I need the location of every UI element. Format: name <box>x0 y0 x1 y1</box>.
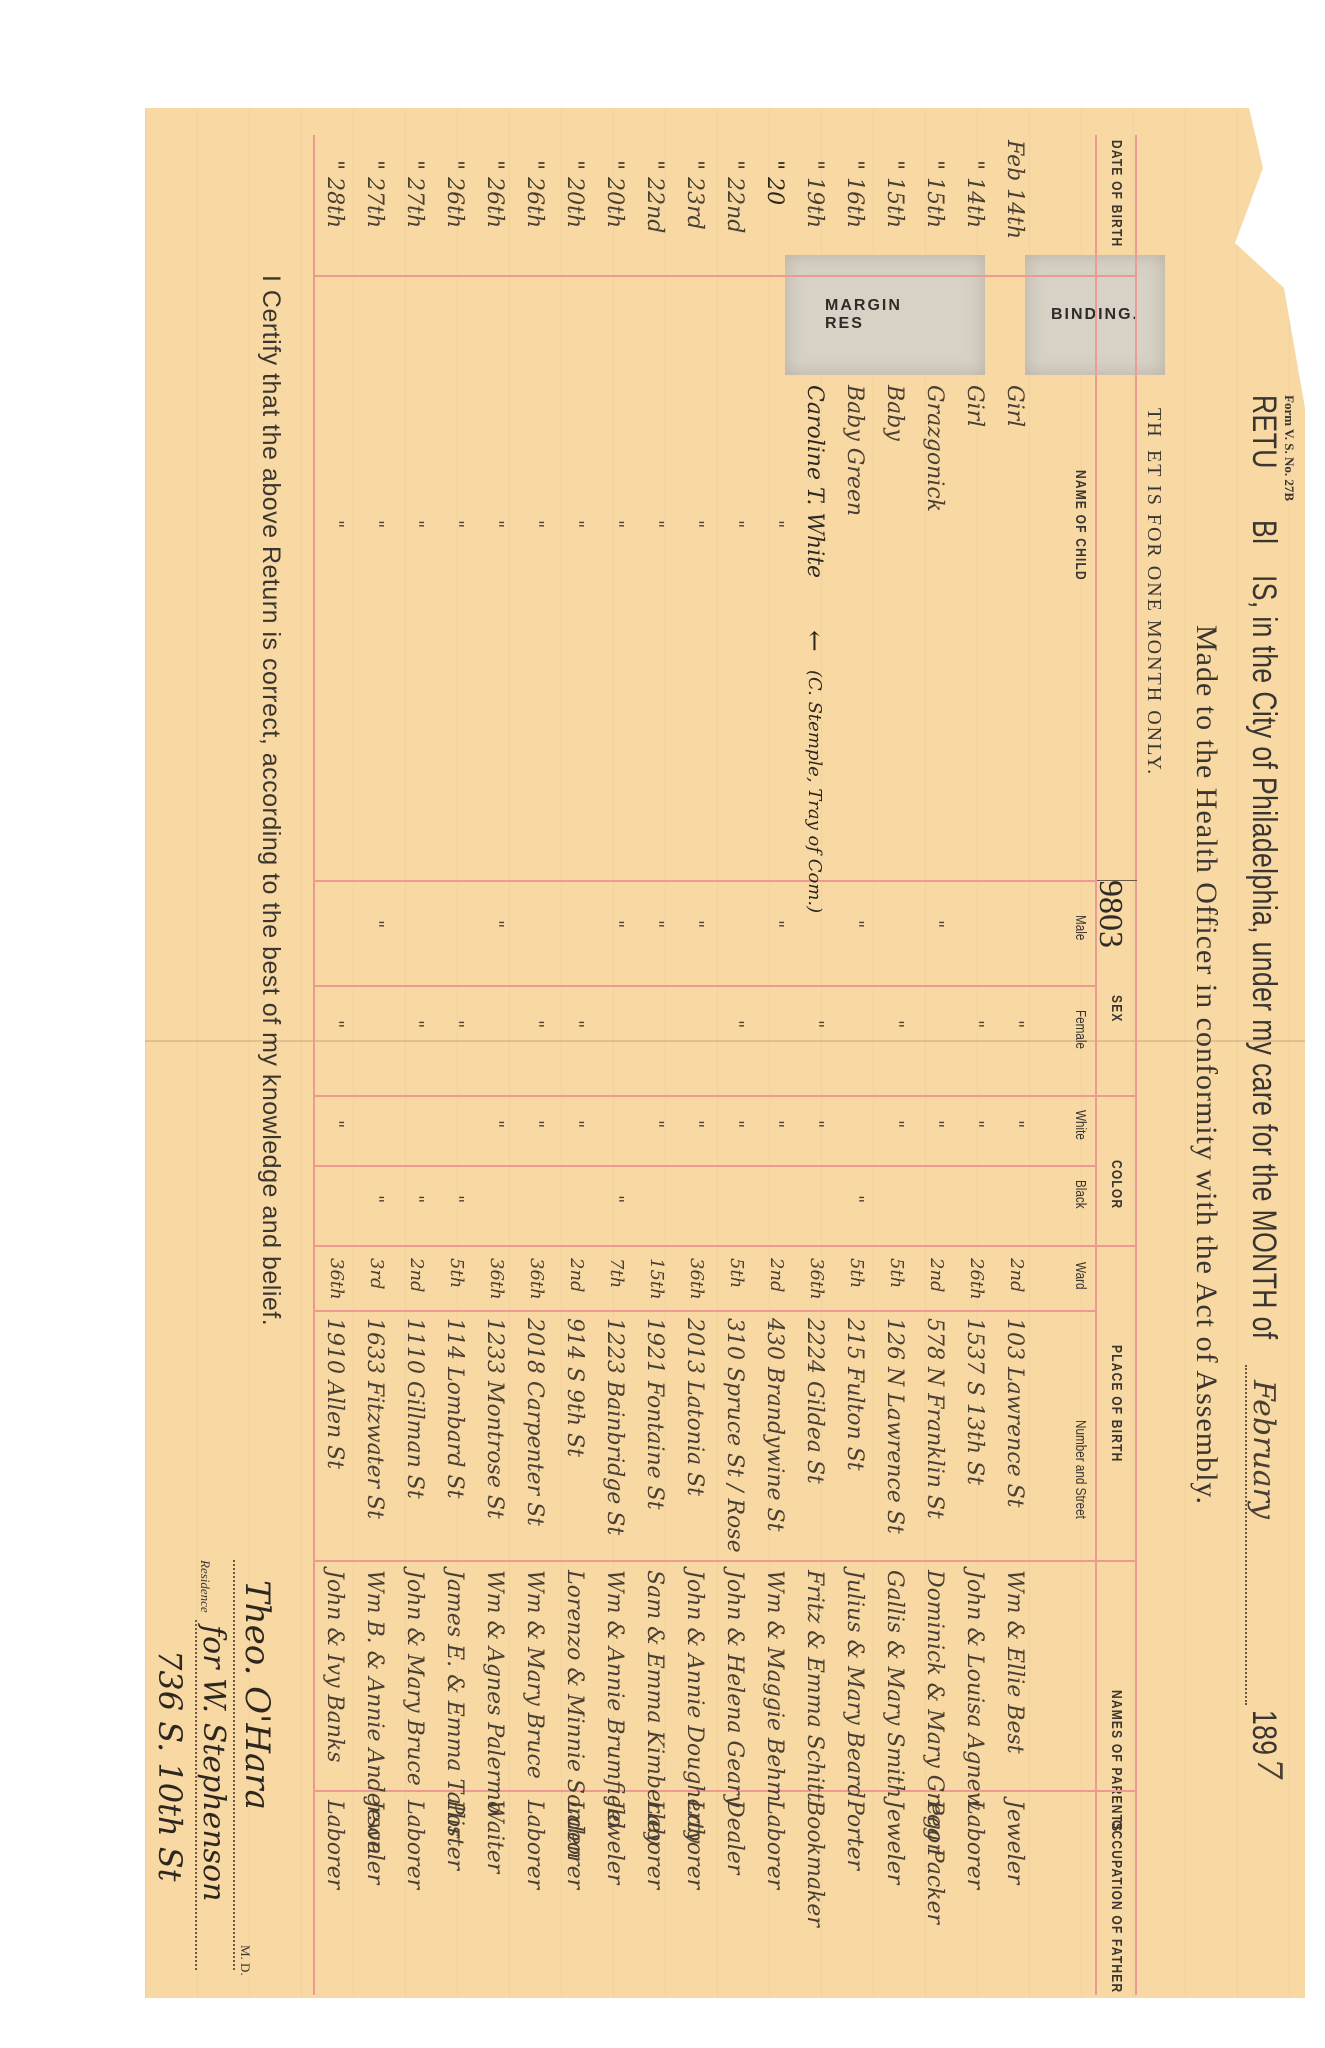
cell-parents: Wm & Ellie Best <box>1002 1570 1027 1754</box>
cell-address: 1633 Fitzwater St <box>362 1318 387 1519</box>
cell-parents: John & Mary Bruce <box>402 1570 427 1786</box>
cell-black: " <box>446 1195 467 1203</box>
cell-parents: John & Ivy Banks <box>322 1570 347 1763</box>
arrow-icon: ← <box>799 630 829 652</box>
col-sex-female: Female <box>1072 1010 1089 1049</box>
cell-occupation: Laborer <box>402 1800 427 1889</box>
cell-name: Girl <box>1002 385 1027 427</box>
cell-white: " <box>886 1120 907 1128</box>
cell-address: 2018 Carpenter St <box>522 1318 547 1526</box>
cell-occupation: Laborer <box>762 1800 787 1889</box>
cell-white: " <box>526 1120 547 1128</box>
cell-name: " <box>526 520 547 528</box>
cell-ward: 2nd <box>766 1258 787 1293</box>
cell-address: 1537 S 13th St <box>962 1318 987 1485</box>
cell-date: " 28th <box>322 160 347 228</box>
cell-female: " <box>1006 1020 1027 1028</box>
cell-address: 430 Brandywine St <box>762 1318 787 1531</box>
cell-address: 126 N Lawrence St <box>882 1318 907 1534</box>
cell-name: Girl <box>962 385 987 427</box>
cell-date: " 15th <box>922 160 947 228</box>
cell-name: Baby <box>882 385 907 441</box>
notice-left: TH <box>1142 408 1165 439</box>
cell-ward: 5th <box>846 1258 867 1288</box>
cell-black: " <box>406 1195 427 1203</box>
cell-ward: 5th <box>886 1258 907 1288</box>
cell-male: " <box>646 920 667 928</box>
cell-occupation: Porter <box>842 1800 867 1870</box>
cell-ward: 36th <box>526 1258 547 1300</box>
cell-white: " <box>726 1120 747 1128</box>
col-occupation-of-father: OCCUPATION OF FATHER <box>1108 1820 1125 1993</box>
cell-name: " <box>766 520 787 528</box>
cell-parents: Wm & Annie Brumfield <box>602 1570 627 1829</box>
residence-label: Residence <box>197 1560 213 1613</box>
col-place-of-birth: PLACE OF BIRTH <box>1108 1345 1125 1462</box>
cell-white: " <box>486 1120 507 1128</box>
cell-name: " <box>326 520 347 528</box>
cell-address: 1910 Allen St <box>322 1318 347 1469</box>
cell-female: " <box>886 1020 907 1028</box>
physician-signature: Theo. O'Hara <box>237 1580 277 1810</box>
cell-male: " <box>926 920 947 928</box>
cell-male: " <box>606 920 627 928</box>
signature-line <box>233 1560 235 1970</box>
rule-header-top <box>1135 135 1137 1995</box>
cell-occupation: Porter <box>442 1800 467 1870</box>
cell-ward: 36th <box>686 1258 707 1300</box>
cell-occupation: Jeweler <box>362 1800 387 1884</box>
rule-header-bottom <box>1095 135 1097 1995</box>
col-color-black: Black <box>1072 1180 1089 1209</box>
rule-ward-street <box>315 1310 1097 1312</box>
md-label: M. D. <box>237 1945 253 1976</box>
month-value: February <box>1246 1380 1281 1519</box>
cell-black: " <box>846 1195 867 1203</box>
cell-name: Caroline T. White <box>802 385 827 578</box>
cell-address: 914 S 9th St <box>562 1318 587 1457</box>
cell-ward: 2nd <box>406 1258 427 1293</box>
cell-ward: 2nd <box>926 1258 947 1293</box>
cell-female: " <box>406 1020 427 1028</box>
header-title: IS, in the City of Philadelphia, under m… <box>1244 575 1283 1340</box>
cell-white: " <box>686 1120 707 1128</box>
cell-white: " <box>646 1120 667 1128</box>
year-printed: 189 <box>1244 1710 1283 1755</box>
cell-date: " 27th <box>362 160 387 228</box>
cell-name: " <box>726 520 747 528</box>
cell-occupation: Jeweler <box>1002 1800 1027 1884</box>
cell-parents: Gallis & Mary Smith <box>882 1570 907 1798</box>
cell-address: 2013 Latonia St <box>682 1318 707 1496</box>
cell-female: " <box>726 1020 747 1028</box>
cell-white: " <box>806 1120 827 1128</box>
cell-ward: 36th <box>806 1258 827 1300</box>
residence-address: 736 S. 10th St <box>151 1650 189 1882</box>
cell-date: " 22nd <box>722 160 747 233</box>
cell-date: " 27th <box>402 160 427 228</box>
col-name-of-child: NAME OF CHILD <box>1072 470 1089 581</box>
cell-address: 1223 Bainbridge St <box>602 1318 627 1535</box>
stamp-number: 9803 <box>1091 880 1129 948</box>
cell-male: " <box>486 920 507 928</box>
cell-occupation: Laborer <box>522 1800 547 1889</box>
col-color: COLOR <box>1108 1160 1125 1209</box>
cell-ward: 7th <box>606 1258 627 1288</box>
cell-female: " <box>326 1020 347 1028</box>
cell-ward: 36th <box>486 1258 507 1300</box>
cell-name: " <box>566 520 587 528</box>
cell-female: " <box>566 1020 587 1028</box>
cell-white: " <box>326 1120 347 1128</box>
cell-ward: 3rd <box>366 1258 387 1290</box>
cell-address: 1921 Fontaine St <box>642 1318 667 1510</box>
title-torn-gap: Bl <box>1244 520 1283 544</box>
cell-date: " 23rd <box>682 160 707 230</box>
cell-address: 578 N Franklin St <box>922 1318 947 1519</box>
cell-parents: John & Louisa Agnew <box>962 1570 987 1810</box>
cell-black: " <box>366 1195 387 1203</box>
cell-occupation: Peg Packer <box>922 1800 947 1924</box>
rule-black-top <box>1097 880 1137 881</box>
rule-date-name <box>315 275 1137 277</box>
cell-male: " <box>686 920 707 928</box>
cell-occupation: Laborer <box>562 1800 587 1889</box>
year-value: 7 <box>1249 1758 1289 1780</box>
cell-ward: 2nd <box>1006 1258 1027 1293</box>
cell-date: " 20th <box>562 160 587 228</box>
cell-date: " 14th <box>962 160 987 228</box>
cell-date: " 16th <box>842 160 867 228</box>
col-sex: SEX <box>1108 995 1125 1023</box>
cell-parents: Wm & Maggie Behm <box>762 1570 787 1802</box>
document-stage: Form V. S. No. 27B RETU Bl IS, in the Ci… <box>0 0 1325 2048</box>
cell-occupation: Laborer <box>322 1800 347 1889</box>
cell-name: " <box>646 520 667 528</box>
rule-table-bottom <box>313 135 315 1995</box>
cell-date: " 15th <box>882 160 907 228</box>
fold-line <box>145 1040 1305 1042</box>
cell-ward: 15th <box>646 1258 667 1300</box>
cell-white: " <box>966 1120 987 1128</box>
residence-value: for W. Stephenson <box>196 1625 231 1901</box>
cell-ward: 2nd <box>566 1258 587 1293</box>
certification-text: I Certify that the above Return is corre… <box>256 275 285 1326</box>
cell-occupation: Jeweler <box>602 1800 627 1884</box>
cell-address: 1233 Montrose St <box>482 1318 507 1519</box>
cell-parents: Julius & Mary Beard <box>842 1570 867 1799</box>
cell-ward: 5th <box>446 1258 467 1288</box>
cell-white: " <box>766 1120 787 1128</box>
cell-occupation: Bookmaker <box>802 1800 827 1927</box>
rule-street-parents <box>315 1560 1137 1562</box>
cell-name: " <box>486 520 507 528</box>
cell-date: " 20 <box>762 160 787 205</box>
cell-occupation: Laborer <box>962 1800 987 1889</box>
cell-male: " <box>766 920 787 928</box>
cell-occupation: Laborer <box>642 1800 667 1889</box>
cell-date: " 19th <box>802 160 827 228</box>
cell-name: Baby Green <box>842 385 867 516</box>
cell-name: Grazgonick <box>922 385 947 512</box>
margin-reserved-patch: MARGIN RES <box>785 255 985 375</box>
cell-ward: 36th <box>326 1258 347 1300</box>
cell-name: " <box>606 520 627 528</box>
cell-name: " <box>366 520 387 528</box>
cell-female: " <box>806 1020 827 1028</box>
cell-white: " <box>566 1120 587 1128</box>
cell-parents: James E. & Emma Tallis <box>442 1570 467 1837</box>
cell-male: " <box>846 920 867 928</box>
rule-name-sex <box>315 880 1097 882</box>
cell-female: " <box>526 1020 547 1028</box>
form-number: Form V. S. No. 27B <box>1281 395 1297 501</box>
rule-white-black <box>315 1165 1097 1167</box>
title-left: RETU <box>1244 395 1283 469</box>
cell-date: " 26th <box>442 160 467 228</box>
col-ward: Ward <box>1072 1262 1089 1290</box>
cell-date: " 20th <box>602 160 627 228</box>
cell-parents: John & Helena Geary <box>722 1570 747 1807</box>
cell-ward: 26th <box>966 1258 987 1300</box>
cell-name: " <box>446 520 467 528</box>
cell-address: 2224 Gildea St <box>802 1318 827 1484</box>
cell-address: 1110 Gillman St <box>402 1318 427 1499</box>
col-date-of-birth: DATE OF BIRTH <box>1108 140 1125 247</box>
cell-ward: 5th <box>726 1258 747 1288</box>
cell-address: 215 Fulton St <box>842 1318 867 1471</box>
cell-address: 310 Spruce St / Rose <box>722 1318 747 1553</box>
cell-parents: Fritz & Emma Schitt <box>802 1570 827 1801</box>
rule-male-female <box>315 985 1097 987</box>
cell-female: " <box>446 1020 467 1028</box>
cell-address: 103 Lawrence St <box>1002 1318 1027 1508</box>
cell-white: " <box>926 1120 947 1128</box>
cell-date: " 26th <box>522 160 547 228</box>
rule-color-ward <box>315 1245 1137 1247</box>
cell-occupation: Jeweler <box>882 1800 907 1884</box>
cell-name: " <box>406 520 427 528</box>
cell-date: " 26th <box>482 160 507 228</box>
notice-one-month: ET IS FOR ONE MONTH ONLY. <box>1142 450 1165 776</box>
col-number-and-street: Number and Street <box>1072 1420 1089 1519</box>
cell-occupation: Waiter <box>482 1800 507 1873</box>
cell-white: " <box>1006 1120 1027 1128</box>
col-names-of-parents: NAMES OF PARENTS <box>1108 1690 1125 1832</box>
cell-occupation: Dealer <box>722 1800 747 1874</box>
annotation-note: (C. Stemple, Tray of Com.) <box>804 670 825 913</box>
rule-sex-color <box>315 1095 1137 1097</box>
cell-black: " <box>606 1195 627 1203</box>
cell-date: " 22nd <box>642 160 667 233</box>
cell-parents: Wm & Agnes Palermo <box>482 1570 507 1814</box>
cell-female: " <box>966 1020 987 1028</box>
cell-male: " <box>366 920 387 928</box>
cell-address: 114 Lombard St <box>442 1318 467 1498</box>
cell-occupation: Laborer <box>682 1800 707 1889</box>
cell-name: " <box>686 520 707 528</box>
margin-reserved-label: MARGIN RES <box>825 297 945 333</box>
col-color-white: White <box>1072 1110 1089 1140</box>
col-sex-male: Male <box>1072 915 1089 940</box>
cell-parents: Wm & Mary Bruce <box>522 1570 547 1779</box>
cell-date: Feb 14th <box>1002 140 1027 239</box>
header-subtitle: Made to the Health Officer in conformity… <box>1189 625 1223 1505</box>
